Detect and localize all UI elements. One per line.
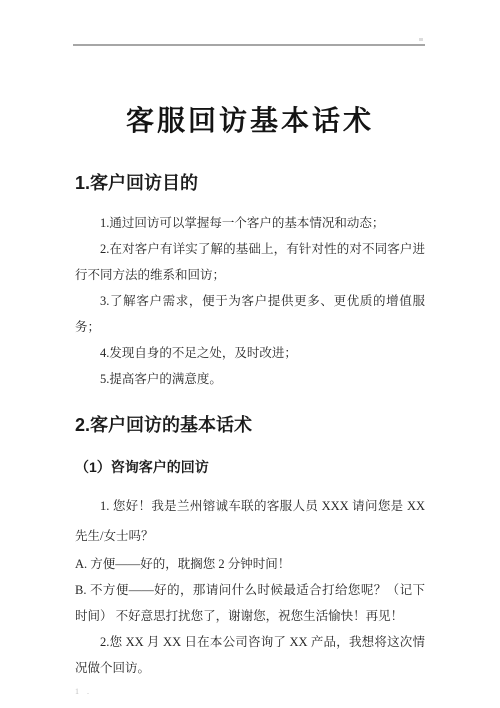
purpose-item-5: 5.提高客户的满意度。: [75, 366, 425, 392]
subsection-1-heading: （1）咨询客户的回访: [75, 456, 425, 478]
purpose-item-2: 2.在对客户有详实了解的基础上，有针对性的对不同客户进行不同方法的维系和回访；: [75, 236, 425, 288]
purpose-item-3: 3.了解客户需求，便于为客户提供更多、更优质的增值服务；: [75, 288, 425, 340]
section-2-heading: 2.客户回访的基本话术: [75, 411, 425, 439]
page-content: 客服回访基本话术 1.客户回访目的 1.通过回访可以掌握每一个客户的基本情况和动…: [75, 0, 425, 697]
purpose-item-4: 4.发现自身的不足之处，及时改进；: [75, 340, 425, 366]
script-greeting: 1. 您好！我是兰州镕诚车联的客服人员 XXX 请问您是 XX 先生/女士吗？: [75, 491, 425, 551]
purpose-item-1: 1.通过回访可以掌握每一个客户的基本情况和动态；: [75, 210, 425, 236]
section-1-heading: 1.客户回访目的: [75, 169, 425, 197]
purpose-list: 1.通过回访可以掌握每一个客户的基本情况和动态； 2.在对客户有详实了解的基础上…: [75, 210, 425, 392]
faint-footnote-mark: 1 .: [75, 687, 425, 697]
script-option-a: A. 方便——好的，耽搁您 2 分钟时间！: [75, 551, 425, 577]
document-title: 客服回访基本话术: [75, 100, 425, 144]
script-paragraphs: 1. 您好！我是兰州镕诚车联的客服人员 XXX 请问您是 XX 先生/女士吗？ …: [75, 491, 425, 681]
script-option-b: B. 不方便——好的，那请问什么时候最适合打给您呢？（记下时间） 不好意思打扰您…: [75, 577, 425, 629]
document-page: 客服回访基本话术 1.客户回访目的 1.通过回访可以掌握每一个客户的基本情况和动…: [0, 0, 500, 708]
script-followup: 2.您 XX 月 XX 日在本公司咨询了 XX 产品，我想将这次情况做个回访。: [75, 629, 425, 681]
